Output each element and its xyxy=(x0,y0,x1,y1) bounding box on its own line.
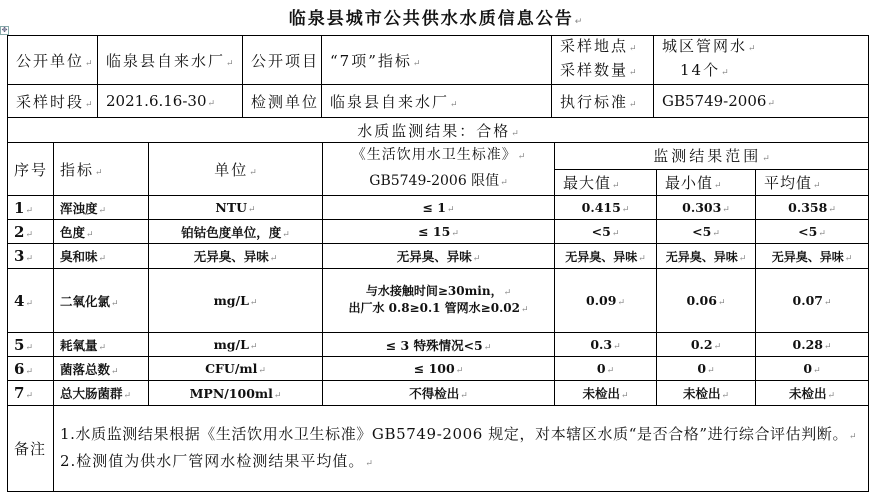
notes-line2: 2.检测值为供水厂管网水检测结果平均值。 xyxy=(60,449,868,476)
result-summary: 水质监测结果：合格 xyxy=(8,118,869,143)
row-limit: ≤ 15 xyxy=(323,220,555,244)
results-table: 水质监测结果：合格 序号 指标 单位 《生活饮用水卫生标准》 GB5749-20… xyxy=(7,117,869,492)
row-max: 未检出 xyxy=(555,381,657,406)
info-table: 公开单位 临泉县自来水厂 公开项目 “7项”指标 采样地点 采样数量 城区管网水… xyxy=(7,35,869,118)
sample-site-count-values: 城区管网水 14个 xyxy=(654,36,869,85)
table-row: 1 浑浊度 NTU ≤ 1 0.415 0.303 0.358 xyxy=(8,196,869,220)
standard-label: 执行标准 xyxy=(552,85,654,118)
row-indicator: 菌落总数 xyxy=(54,357,149,381)
table-row: 2 色度 铂钴色度单位，度 ≤ 15 <5 <5 <5 xyxy=(8,220,869,244)
header-min: 最小值 xyxy=(657,169,756,196)
header-unit: 单位 xyxy=(149,143,323,196)
notes-label: 备注 xyxy=(8,406,54,492)
table-row: 7 总大肠菌群 MPN/100ml 不得检出 未检出 未检出 未检出 xyxy=(8,381,869,406)
notes-content: 1.水质监测结果根据《生活饮用水卫生标准》GB5749-2006 规定，对本辖区… xyxy=(54,406,869,492)
row-no: 4 xyxy=(8,269,54,333)
row-max: 0 xyxy=(555,357,657,381)
row-limit: 不得检出 xyxy=(323,381,555,406)
header-limit-line2: GB5749-2006 限值 xyxy=(323,169,554,195)
row-avg: <5 xyxy=(756,220,869,244)
row-no: 3 xyxy=(8,244,54,269)
row-unit: MPN/100ml xyxy=(149,381,323,406)
row-max: 无异臭、异味 xyxy=(555,244,657,269)
row-max: 0.415 xyxy=(555,196,657,220)
row-limit: 与水接触时间≥30min， 出厂水 0.8≥0.1 管网水≥0.02 xyxy=(323,269,555,333)
row-indicator: 总大肠菌群 xyxy=(54,381,149,406)
row-min: 0.06 xyxy=(657,269,756,333)
publish-item-label: 公开项目 xyxy=(243,36,322,85)
row-avg: 0.07 xyxy=(756,269,869,333)
row-limit: ≤ 100 xyxy=(323,357,555,381)
row-no: 1 xyxy=(8,196,54,220)
row-min: 无异臭、异味 xyxy=(657,244,756,269)
header-range: 监测结果范围 xyxy=(555,143,869,170)
publish-item-value: “7项”指标 xyxy=(322,36,552,85)
header-limit: 《生活饮用水卫生标准》 GB5749-2006 限值 xyxy=(323,143,555,196)
header-avg: 平均值 xyxy=(756,169,869,196)
test-unit-label: 检测单位 xyxy=(243,85,322,118)
row-avg: 0 xyxy=(756,357,869,381)
row-limit: 无异臭、异味 xyxy=(323,244,555,269)
row-unit: 无异臭、异味 xyxy=(149,244,323,269)
sample-count-value: 14个 xyxy=(662,60,868,84)
row-min: 0 xyxy=(657,357,756,381)
row-avg: 无异臭、异味 xyxy=(756,244,869,269)
row-min: 未检出 xyxy=(657,381,756,406)
row-unit: mg/L xyxy=(149,269,323,333)
row-max: 0.3 xyxy=(555,333,657,357)
row-indicator: 耗氧量 xyxy=(54,333,149,357)
row-min: <5 xyxy=(657,220,756,244)
sample-site-count-labels: 采样地点 采样数量 xyxy=(552,36,654,85)
table-row: 3 臭和味 无异臭、异味 无异臭、异味 无异臭、异味 无异臭、异味 无异臭、异味 xyxy=(8,244,869,269)
row-indicator: 色度 xyxy=(54,220,149,244)
row-min: 0.2 xyxy=(657,333,756,357)
sample-site-value: 城区管网水 xyxy=(662,36,868,60)
publish-unit-label: 公开单位 xyxy=(8,36,98,85)
notes-line1: 1.水质监测结果根据《生活饮用水卫生标准》GB5749-2006 规定，对本辖区… xyxy=(60,422,868,449)
sample-period-label: 采样时段 xyxy=(8,85,98,118)
header-max: 最大值 xyxy=(555,169,657,196)
publish-unit-value: 临泉县自来水厂 xyxy=(98,36,243,85)
row-no: 5 xyxy=(8,333,54,357)
row-avg: 0.358 xyxy=(756,196,869,220)
row-no: 2 xyxy=(8,220,54,244)
test-unit-value: 临泉县自来水厂 xyxy=(322,85,552,118)
table-row: 4 二氧化氯 mg/L 与水接触时间≥30min， 出厂水 0.8≥0.1 管网… xyxy=(8,269,869,333)
table-row: 6 菌落总数 CFU/ml ≤ 100 0 0 0 xyxy=(8,357,869,381)
row-max: <5 xyxy=(555,220,657,244)
row-indicator: 臭和味 xyxy=(54,244,149,269)
row-unit: 铂钴色度单位，度 xyxy=(149,220,323,244)
row-no: 6 xyxy=(8,357,54,381)
row-min: 0.303 xyxy=(657,196,756,220)
row-no: 7 xyxy=(8,381,54,406)
row-unit: CFU/ml xyxy=(149,357,323,381)
header-no: 序号 xyxy=(8,143,54,196)
sample-count-label: 采样数量 xyxy=(560,60,653,84)
row-limit-line2: 出厂水 0.8≥0.1 管网水≥0.02 xyxy=(323,301,554,318)
sample-site-label: 采样地点 xyxy=(560,36,653,60)
row-indicator: 浑浊度 xyxy=(54,196,149,220)
row-limit: ≤ 1 xyxy=(323,196,555,220)
header-limit-line1: 《生活饮用水卫生标准》 xyxy=(323,143,554,169)
row-avg: 未检出 xyxy=(756,381,869,406)
row-limit-line1: 与水接触时间≥30min， xyxy=(323,284,554,301)
row-indicator: 二氧化氯 xyxy=(54,269,149,333)
row-avg: 0.28 xyxy=(756,333,869,357)
standard-value: GB5749-2006 xyxy=(654,85,869,118)
header-indicator: 指标 xyxy=(54,143,149,196)
table-move-handle-icon[interactable]: ✥ xyxy=(0,26,9,35)
row-max: 0.09 xyxy=(555,269,657,333)
row-unit: NTU xyxy=(149,196,323,220)
sample-period-value: 2021.6.16-30 xyxy=(98,85,243,118)
table-row: 5 耗氧量 mg/L ≤ 3 特殊情况<5 0.3 0.2 0.28 xyxy=(8,333,869,357)
row-unit: mg/L xyxy=(149,333,323,357)
page-title: 临泉县城市公共供水水质信息公告 xyxy=(0,4,871,29)
row-limit: ≤ 3 特殊情况<5 xyxy=(323,333,555,357)
